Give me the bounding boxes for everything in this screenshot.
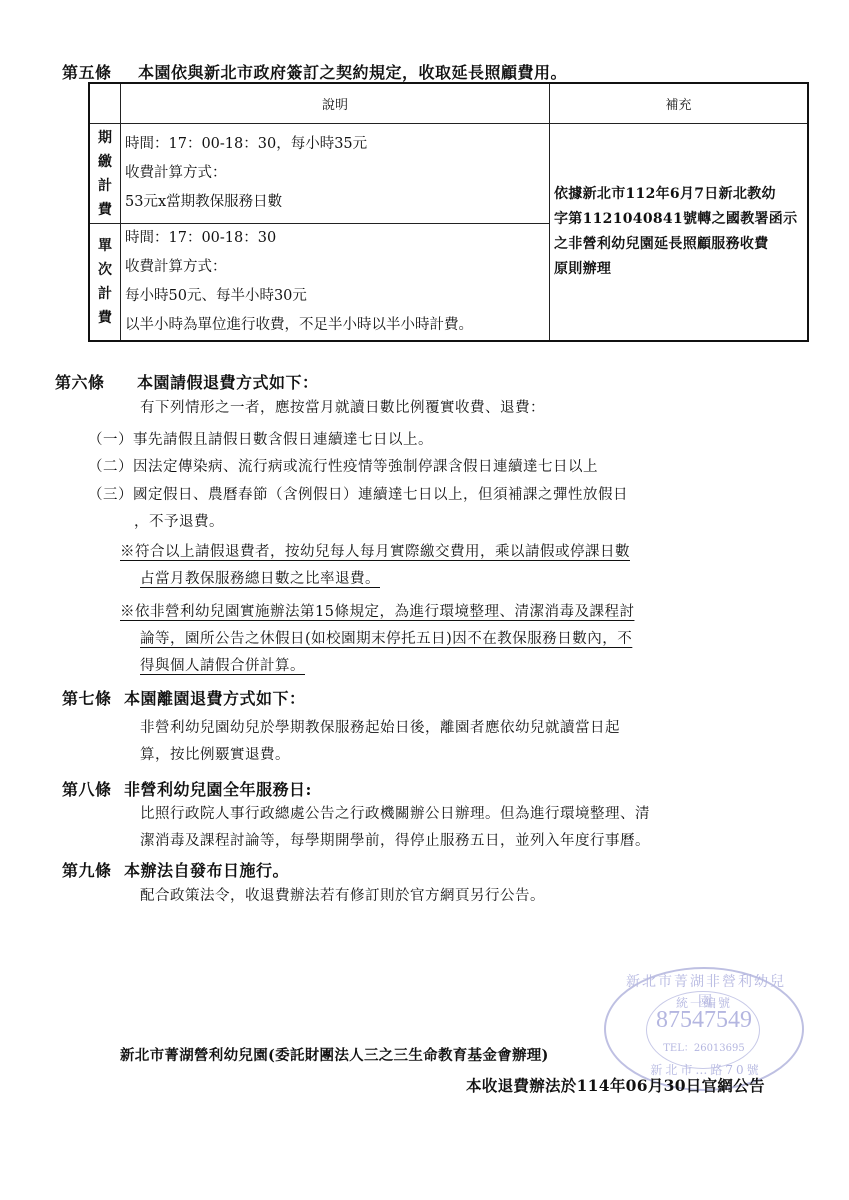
extended-care-fee-table: 說明 補充 期 繳 計 費 時間：17：00-18：30，每小時35元 收費計算… xyxy=(88,82,809,342)
article8-heading: 第八條非營利幼兒園全年服務日: xyxy=(62,777,312,800)
stamp-number: 87547549 xyxy=(606,1007,802,1034)
label-char: 次 xyxy=(90,258,120,282)
announcement-date: 本收退費辦法於114年06月30日官網公告 xyxy=(466,1074,765,1096)
article-title: 非營利幼兒園全年服務日: xyxy=(124,780,312,799)
article7-line: 非營利幼兒園幼兒於學期教保服務起始日後，離園者應依幼兒就讀當日起 xyxy=(140,716,620,737)
supplement-cell: 依據新北市112年6月7日新北教幼 字第1121040841號轉之國教署函示 之… xyxy=(550,124,809,342)
list-marker: （二） xyxy=(88,459,133,475)
list-item: （二）因法定傳染病、流行病或流行性疫情等強制停課含假日連續達七日以上 xyxy=(88,455,598,476)
label-char: 費 xyxy=(90,198,120,222)
article-number: 第五條 xyxy=(62,60,138,83)
desc-line: 收費計算方式： xyxy=(125,253,549,282)
desc-line: 每小時50元、每半小時30元 xyxy=(125,282,549,311)
list-item-continuation: ，不予退費。 xyxy=(134,510,224,531)
note-line: ※依非營利幼兒園實施辦法第15條規定，為進行環境整理、清潔消毒及課程討 xyxy=(120,600,634,621)
official-seal-stamp: 新北市菁湖非營利幼兒園 統一編號 87547549 TEL：26013695 新… xyxy=(604,967,804,1091)
article5-heading: 第五條本園依與新北市政府簽訂之契約規定，收取延長照顧費用。 xyxy=(62,60,567,83)
label-char: 期 xyxy=(90,126,120,150)
article8-line: 潔消毒及課程討論等，每學期開學前，得停止服務五日，並列入年度行事曆。 xyxy=(140,829,650,850)
table-header-supplement: 補充 xyxy=(550,83,809,124)
row-description: 時間：17：00-18：30，每小時35元 收費計算方式： 53元x當期教保服務… xyxy=(121,124,550,224)
desc-line: 收費計算方式： xyxy=(125,159,549,188)
article-number: 第九條 xyxy=(62,858,124,881)
list-text: 事先請假且請假日數含假日連續達七日以上。 xyxy=(133,432,433,448)
label-char: 計 xyxy=(90,174,120,198)
article-number: 第六條 xyxy=(55,370,137,393)
desc-line: 時間：17：00-18：30，每小時35元 xyxy=(125,130,549,159)
article-number: 第七條 xyxy=(62,686,124,709)
article9-heading: 第九條本辦法自發布日施行。 xyxy=(62,858,289,881)
label-char: 計 xyxy=(90,282,120,306)
article6-intro: 有下列情形之一者，應按當月就讀日數比例覆實收費、退費： xyxy=(140,396,545,417)
list-text: 因法定傳染病、流行病或流行性疫情等強制停課含假日連續達七日以上 xyxy=(133,459,598,475)
note-line: 論等，園所公告之休假日(如校園期末停托五日)因不在教保服務日數內，不 xyxy=(140,627,632,648)
article6-heading: 第六條本園請假退費方式如下： xyxy=(55,370,319,393)
supplement-line: 原則辦理 xyxy=(554,257,803,282)
desc-line: 時間：17：00-18：30 xyxy=(125,224,549,253)
desc-line: 以半小時為單位進行收費，不足半小時以半小時計費。 xyxy=(125,311,549,340)
supplement-line: 字第1121040841號轉之國教署函示 xyxy=(554,207,803,232)
table-header-empty xyxy=(89,83,121,124)
row-label-periodic: 期 繳 計 費 xyxy=(89,124,121,224)
label-char: 繳 xyxy=(90,150,120,174)
article7-line: 算，按比例覈實退費。 xyxy=(140,743,290,764)
table-header-row: 說明 補充 xyxy=(89,83,808,124)
list-marker: （三） xyxy=(88,487,133,503)
list-marker: （一） xyxy=(88,432,133,448)
note-line: ※符合以上請假退費者，按幼兒每人每月實際繳交費用，乘以請假或停課日數 xyxy=(120,540,630,561)
table-header-description: 說明 xyxy=(121,83,550,124)
supplement-line: 依據新北市112年6月7日新北教幼 xyxy=(554,182,803,207)
stamp-tel: TEL：26013695 xyxy=(606,1039,802,1054)
article9-line: 配合政策法令，收退費辦法若有修訂則於官方網頁另行公告。 xyxy=(140,884,545,905)
label-char: 單 xyxy=(90,234,120,258)
article-title: 本園依與新北市政府簽訂之契約規定，收取延長照顧費用。 xyxy=(138,63,567,82)
list-item: （三）國定假日、農曆春節（含例假日）連續達七日以上，但須補課之彈性放假日 xyxy=(88,483,628,504)
supplement-line: 之非營利幼兒園延長照顧服務收費 xyxy=(554,232,803,257)
table-row: 期 繳 計 費 時間：17：00-18：30，每小時35元 收費計算方式： 53… xyxy=(89,124,808,224)
article8-line: 比照行政院人事行政總處公告之行政機關辦公日辦理。但為進行環境整理、清 xyxy=(140,802,650,823)
article-number: 第八條 xyxy=(62,777,124,800)
list-item: （一）事先請假且請假日數含假日連續達七日以上。 xyxy=(88,428,433,449)
list-text: 國定假日、農曆春節（含例假日）連續達七日以上，但須補課之彈性放假日 xyxy=(133,487,628,503)
organization-name: 新北市菁湖營利幼兒園(委託財團法人三之三生命教育基金會辦理) xyxy=(120,1044,549,1065)
label-char: 費 xyxy=(90,306,120,330)
article-title: 本園請假退費方式如下： xyxy=(137,373,319,392)
article-title: 本辦法自發布日施行。 xyxy=(124,861,289,880)
article-title: 本園離園退費方式如下： xyxy=(124,689,306,708)
article7-heading: 第七條本園離園退費方式如下： xyxy=(62,686,306,709)
note-line: 占當月教保服務總日數之比率退費。 xyxy=(140,567,380,588)
row-description: 時間：17：00-18：30 收費計算方式： 每小時50元、每半小時30元 以半… xyxy=(121,224,550,342)
row-label-single: 單 次 計 費 xyxy=(89,224,121,342)
note-line: 得與個人請假合併計算。 xyxy=(140,654,305,675)
desc-line: 53元x當期教保服務日數 xyxy=(125,188,549,217)
